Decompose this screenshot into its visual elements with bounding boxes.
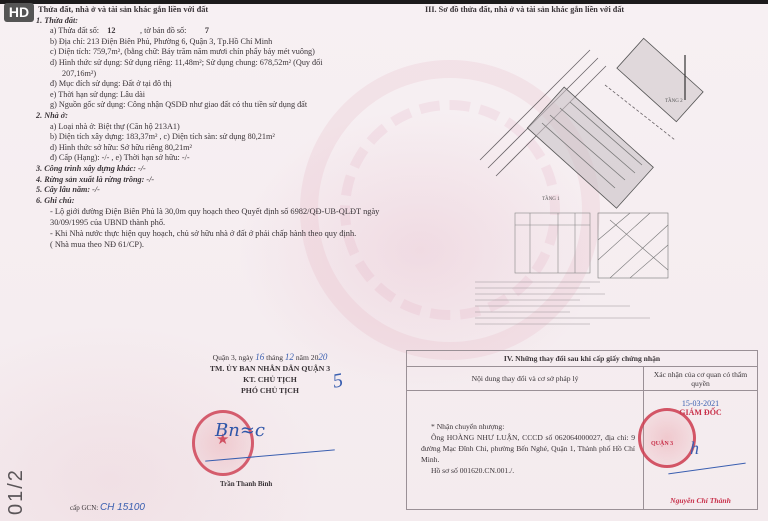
issuer-line-1: TM. ỦY BAN NHÂN DÂN QUẬN 3 [150, 363, 390, 374]
parcel-row: a) Thửa đất số: 12 , tờ bản đồ số: 7 [38, 26, 398, 37]
perennial-trees: 5. Cây lâu năm: -/- [36, 185, 398, 196]
area-row: c) Diện tích: 759,7m², (bằng chữ: Bảy tr… [38, 47, 398, 58]
signature-right: h [690, 438, 699, 459]
gcn-value: CH 15100 [100, 502, 145, 513]
house-heading: 2. Nhà ở: [36, 111, 398, 122]
top-border [0, 0, 768, 4]
section-title: Thửa đất, nhà ở và tài sản khác gắn liền… [38, 5, 398, 16]
confirm-date: 15-03-2021 [644, 399, 757, 408]
note-3: ( Nhà mua theo NĐ 61/CP). [50, 239, 383, 250]
ownership-row: d) Hình thức sở hữu: Sở hữu riêng 80,21m… [38, 143, 398, 154]
issuer-line-2: KT. CHỦ TỊCH [150, 374, 390, 385]
note-1: - Lộ giới đường Điện Biên Phủ là 30,0m q… [50, 206, 383, 228]
house-type-row: a) Loại nhà ở: Biệt thự (Căn hộ 213A1) [38, 122, 398, 133]
issue-date: Quận 3, ngày 16 tháng 12 năm 2020 [150, 352, 390, 363]
changes-col2-header: Xác nhận của cơ quan có thẩm quyền [644, 367, 757, 391]
hd-badge[interactable]: HD [4, 3, 34, 22]
gcn-label: cấp GCN: [70, 504, 98, 512]
origin-row: g) Nguồn gốc sử dụng: Công nhận QSDĐ như… [38, 100, 398, 111]
gcn-number: cấp GCN: CH 15100 [70, 502, 145, 513]
issuer-signing-block: Quận 3, ngày 16 tháng 12 năm 2020 TM. ỦY… [150, 352, 390, 396]
issuer-line-3: PHÓ CHỦ TỊCH [150, 385, 390, 396]
svg-text:TẦNG 2: TẦNG 2 [665, 98, 683, 104]
land-details: Thửa đất, nhà ở và tài sản khác gắn liền… [38, 5, 398, 250]
signature-left: Bn≈c [215, 420, 265, 441]
changes-content: * Nhận chuyển nhượng: Ông HOÀNG NHƯ LUẬN… [407, 391, 643, 476]
usage-form-row: d) Hình thức sử dụng: Sử dụng riêng: 11,… [38, 58, 398, 69]
term-row: e) Thời hạn sử dụng: Lâu dài [38, 90, 398, 101]
notes-heading: 6. Ghi chú: [36, 196, 398, 207]
notes: - Lộ giới đường Điện Biên Phủ là 30,0m q… [38, 206, 383, 250]
house-area-row: b) Diện tích xây dựng: 183,37m² , c) Diệ… [38, 132, 398, 143]
note-2: - Khi Nhà nước thực hiện quy hoạch, chủ … [50, 228, 383, 239]
issue-month: 12 [285, 352, 294, 362]
changes-col1-header: Nội dung thay đổi và cơ sở pháp lý [407, 367, 643, 391]
change-detail: Ông HOÀNG NHƯ LUẬN, CCCD số 062064000027… [421, 432, 635, 465]
dossier-number: Hồ sơ số 001620.CN.001./. [421, 465, 635, 476]
office-seal-icon: QUẬN 3 [638, 408, 696, 468]
other-works: 3. Công trình xây dựng khác: -/- [36, 164, 398, 175]
page-number-vertical: 01/2 [5, 468, 28, 515]
official-name: Trần Thanh Bình [220, 480, 272, 488]
land-heading: 1. Thửa đất: [36, 16, 398, 27]
usage-form-cont: 207,16m²) [38, 69, 398, 80]
parcel-diagram: TẦNG 1 TẦNG 2 [470, 20, 760, 350]
change-type: * Nhận chuyển nhượng: [421, 421, 635, 432]
forest: 4. Rừng sản xuất là rừng trồng: -/- [36, 175, 398, 186]
svg-text:TẦNG 1: TẦNG 1 [542, 196, 560, 202]
changes-heading: IV. Những thay đổi sau khi cấp giấy chứn… [407, 351, 757, 367]
issue-year: 20 [318, 352, 327, 362]
parcel-label: a) Thửa đất số: [50, 26, 99, 35]
parcel-number: 12 [107, 26, 115, 35]
confirm-signer: Nguyễn Chí Thành [644, 496, 757, 505]
issue-day: 16 [255, 352, 264, 362]
map-number: 7 [205, 26, 209, 35]
certificate-page: HD Thửa đất, nhà ở và tài sản khác gắn l… [0, 0, 768, 521]
address-row: b) Địa chỉ: 213 Điện Biên Phủ, Phường 6,… [38, 37, 398, 48]
changes-content-column: Nội dung thay đổi và cơ sở pháp lý * Nhậ… [407, 367, 644, 509]
map-label: , tờ bản đồ số: [140, 26, 186, 35]
changes-table: IV. Những thay đổi sau khi cấp giấy chứn… [406, 350, 758, 510]
diagram-title: III. Sơ đồ thửa đất, nhà ở và tài sản kh… [425, 5, 624, 14]
grade-row: đ) Cấp (Hạng): -/- , e) Thời hạn sở hữu:… [38, 153, 398, 164]
purpose-row: đ) Mục đích sử dụng: Đất ở tại đô thị [38, 79, 398, 90]
